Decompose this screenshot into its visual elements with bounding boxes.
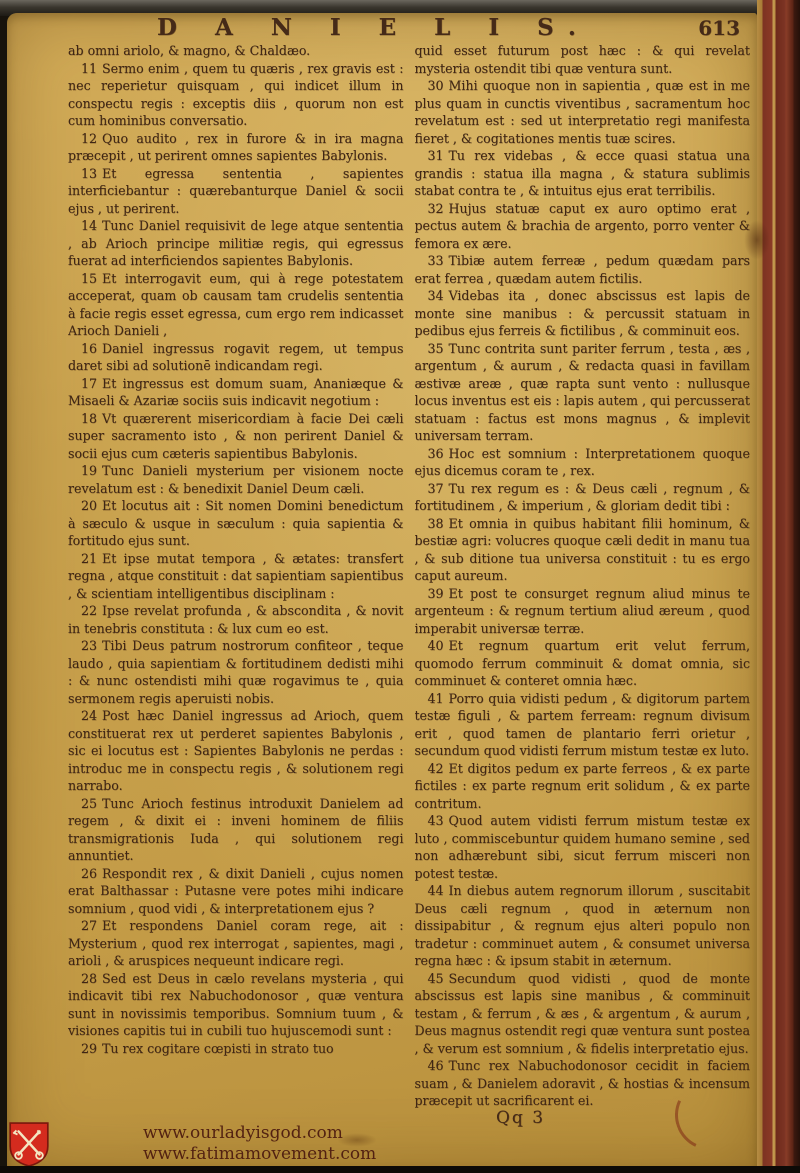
verse-paragraph: 36Hoc est somnium : Interpretationem quo… (415, 445, 751, 480)
verse-number: 42 (428, 761, 449, 776)
verse-number: 46 (428, 1058, 449, 1073)
verse-paragraph: 46Tunc rex Nabuchodonosor cecidit in fac… (415, 1057, 751, 1110)
verse-paragraph: 14Tunc Daniel requisivit de lege atque s… (68, 217, 404, 270)
verse-number: 23 (81, 638, 102, 653)
verse-number: 20 (81, 498, 102, 513)
verse-paragraph: 43Quod autem vidisti ferrum mistum testæ… (415, 812, 751, 882)
verse-paragraph: 40Et regnum quartum erit velut ferrum, q… (415, 637, 751, 690)
verse-number: 44 (428, 883, 449, 898)
verse-number: 21 (81, 551, 102, 566)
verse-paragraph: 16Daniel ingressus rogavit regem, ut tem… (68, 340, 404, 375)
verse-paragraph: 38Et omnia in quibus habitant filii homi… (415, 515, 751, 585)
verse-number: 31 (428, 148, 449, 163)
verse-number: 34 (428, 288, 449, 303)
verse-paragraph: 30Mihi quoque non in sapientia , quæ est… (415, 77, 751, 147)
verse-number: 33 (428, 253, 449, 268)
verse-number: 38 (428, 516, 449, 531)
book-fore-edge-pages (757, 0, 800, 1173)
verse-paragraph: 22Ipse revelat profunda , & abscondita ,… (68, 602, 404, 637)
verse-number: 22 (81, 603, 102, 618)
verse-number: 17 (81, 376, 102, 391)
verse-number: 29 (81, 1041, 102, 1056)
verse-paragraph: 18Vt quærerent misericordiam à facie Dei… (68, 410, 404, 463)
verse-number: 12 (81, 131, 102, 146)
verse-paragraph: ab omni ariolo, & magno, & Chaldæo. (68, 42, 404, 60)
running-title: D A N I E L I S. (70, 14, 678, 41)
scan-bottom-edge (0, 1166, 800, 1173)
verse-number: 32 (428, 201, 449, 216)
signature-mark: Qq 3 (496, 1108, 545, 1128)
verse-paragraph: 15Et interrogavit eum, qui à rege potest… (68, 270, 404, 340)
verse-paragraph: 11Sermo enim , quem tu quæris , rex grav… (68, 60, 404, 130)
verse-paragraph: 24Post hæc Daniel ingressus ad Arioch, q… (68, 707, 404, 795)
verse-number: 13 (81, 166, 102, 181)
verse-number: 19 (81, 463, 102, 478)
book-scan-photo: D A N I E L I S. 613 ab omni ariolo, & m… (0, 0, 800, 1173)
verse-number: 40 (428, 638, 449, 653)
verse-paragraph: quid esset futurum post hæc : & qui reve… (415, 42, 751, 77)
page-number: 613 (698, 16, 740, 40)
verse-paragraph: 19Tunc Danieli mysterium per visionem no… (68, 462, 404, 497)
verse-paragraph: 28Sed est Deus in cælo revelans mysteria… (68, 970, 404, 1040)
verse-number: 35 (428, 341, 449, 356)
watermark: www.ourladyisgod.com www.fatimamovement.… (5, 1121, 376, 1167)
watermark-urls: www.ourladyisgod.com www.fatimamovement.… (143, 1123, 376, 1165)
verse-paragraph: 17Et ingressus est domum suam, Ananiæque… (68, 375, 404, 410)
verse-number: 43 (428, 813, 449, 828)
verse-paragraph: 39Et post te consurget regnum aliud minu… (415, 585, 751, 638)
verse-paragraph: 13Et egressa sententia , sapientes inter… (68, 165, 404, 218)
verse-paragraph: 26Respondit rex , & dixit Danieli , cuju… (68, 865, 404, 918)
verse-paragraph: 12Quo audito , rex in furore & in ira ma… (68, 130, 404, 165)
verse-number: 41 (428, 691, 449, 706)
crossed-keys-shield-icon (5, 1121, 53, 1167)
verse-number: 16 (81, 341, 102, 356)
verse-number: 45 (428, 971, 449, 986)
verse-paragraph: 20Et locutus ait : Sit nomen Domini bene… (68, 497, 404, 550)
verse-paragraph: 27Et respondens Daniel coram rege, ait :… (68, 917, 404, 970)
verse-number: 39 (428, 586, 449, 601)
verse-paragraph: 42Et digitos pedum ex parte ferreos , & … (415, 760, 751, 813)
verse-number: 25 (81, 796, 102, 811)
verse-paragraph: 34Videbas ita , donec abscissus est lapi… (415, 287, 751, 340)
verse-number: 27 (81, 918, 102, 933)
verse-paragraph: 35Tunc contrita sunt pariter ferrum , te… (415, 340, 751, 445)
verse-number: 24 (81, 708, 102, 723)
two-column-text-block: ab omni ariolo, & magno, & Chaldæo.11Ser… (68, 42, 750, 1110)
verse-number: 11 (81, 61, 102, 76)
verse-number: 14 (81, 218, 102, 233)
verse-number: 26 (81, 866, 102, 881)
verse-paragraph: 29Tu rex cogitare cœpisti in strato tuo (68, 1040, 404, 1058)
verse-number: 28 (81, 971, 102, 986)
verse-paragraph: 25Tunc Arioch festinus introduxit Daniel… (68, 795, 404, 865)
verse-number: 37 (428, 481, 449, 496)
verse-paragraph: 45Secundum quod vidisti , quod de monte … (415, 970, 751, 1058)
verse-paragraph: 44In diebus autem regnorum illorum , sus… (415, 882, 751, 970)
right-column: quid esset futurum post hæc : & qui reve… (415, 42, 751, 1110)
verse-number: 30 (428, 78, 449, 93)
verse-paragraph: 33Tibiæ autem ferreæ , pedum quædam pars… (415, 252, 751, 287)
verse-paragraph: 37Tu rex regum es : & Deus cæli , regnum… (415, 480, 751, 515)
verse-paragraph: 23Tibi Deus patrum nostrorum confiteor ,… (68, 637, 404, 707)
watermark-url-1: www.ourladyisgod.com (143, 1123, 376, 1144)
verse-number: 15 (81, 271, 102, 286)
watermark-url-2: www.fatimamovement.com (143, 1144, 376, 1165)
left-column: ab omni ariolo, & magno, & Chaldæo.11Ser… (68, 42, 404, 1110)
verse-paragraph: 41Porro quia vidisti pedum , & digitorum… (415, 690, 751, 760)
verse-number: 36 (428, 446, 449, 461)
verse-paragraph: 32Hujus statuæ caput ex auro optimo erat… (415, 200, 751, 253)
verse-number: 18 (81, 411, 102, 426)
verse-paragraph: 21Et ipse mutat tempora , & ætates: tran… (68, 550, 404, 603)
verse-paragraph: 31Tu rex videbas , & ecce quasi statua u… (415, 147, 751, 200)
page-header: D A N I E L I S. 613 (70, 14, 748, 40)
